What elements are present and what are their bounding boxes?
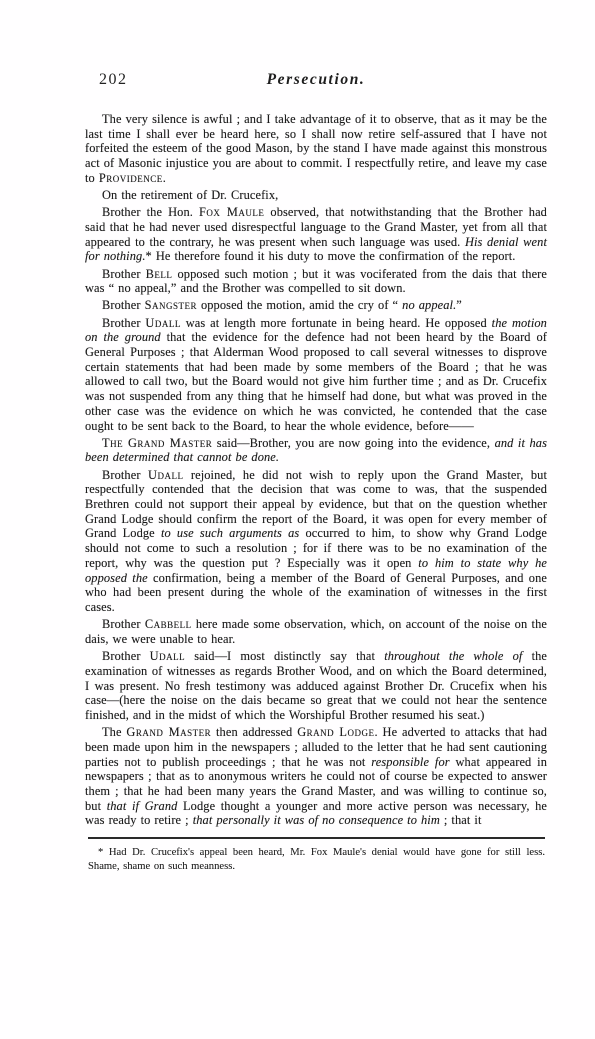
footnote-text: * Had Dr. Crucefix's appeal been heard, … [88,846,545,873]
text-run-italic: no appeal. [402,298,456,312]
text-run-smallcaps: Udall [145,316,180,330]
text-run: that the evidence for the defence had no… [85,330,547,432]
text-run: Brother [102,298,145,312]
text-run-smallcaps: Grand Lodge [297,725,374,739]
paragraph: Brother the Hon. Fox Maule observed, tha… [85,205,547,264]
text-run: opposed the motion, amid the cry of “ [197,298,402,312]
paragraph: Brother Sangster opposed the motion, ami… [85,298,547,313]
page-body: The very silence is awful ; and I take a… [85,112,547,828]
paragraph: Brother Cabbell here made some observati… [85,617,547,646]
text-run: said—Brother, you are now going into the… [212,436,494,450]
text-run-smallcaps: Grand Master [126,725,211,739]
running-title: Persecution. [85,71,547,89]
paragraph: Brother Udall rejoined, he did not wish … [85,468,547,615]
text-run-smallcaps: Cabbell [145,617,192,631]
text-run: Brother [102,316,145,330]
text-run: Brother [102,649,150,663]
text-run: Brother [102,267,146,281]
text-run-smallcaps: Fox Maule [199,205,264,219]
paragraph: The Grand Master then addressed Grand Lo… [85,725,547,828]
text-run-italic: to use such arguments as [161,526,299,540]
paragraph: Brother Udall was at length more fortuna… [85,316,547,434]
footnote-divider [88,837,545,839]
text-run: Brother [102,617,145,631]
text-run: * Had Dr. Crucefix's appeal been heard, … [88,847,545,872]
text-run: The [102,725,126,739]
text-run: Brother [102,468,148,482]
text-run: * He therefore found it his duty to move… [146,249,516,263]
text-run-smallcaps: Bell [146,267,173,281]
text-run-smallcaps: Sangster [145,298,197,312]
text-run-smallcaps: Providence [99,171,163,185]
paragraph: Brother Bell opposed such motion ; but i… [85,267,547,296]
paragraph: The very silence is awful ; and I take a… [85,112,547,186]
text-run: was at length more fortunate in being he… [181,316,492,330]
text-run-smallcaps: Udall [148,468,183,482]
paragraph: On the retirement of Dr. Crucefix, [85,188,547,203]
paragraph: The Grand Master said—Brother, you are n… [85,436,547,465]
text-run: On the retirement of Dr. Crucefix, [102,188,278,202]
text-run: . [163,171,166,185]
footnote: * Had Dr. Crucefix's appeal been heard, … [88,846,545,873]
text-run: said—I most distinctly say that [185,649,384,663]
text-run-italic: that personally it was of no consequence… [193,813,440,827]
paragraph: Brother Udall said—I most distinctly say… [85,649,547,723]
text-run: confirmation, being a member of the Boar… [85,571,547,614]
text-run: ; that it [440,813,482,827]
text-run-smallcaps: The Grand Master [102,436,212,450]
text-run-italic: that if Grand [107,799,178,813]
text-run: then addressed [211,725,297,739]
text-run-smallcaps: Udall [150,649,185,663]
scanned-book-page: 202 Persecution. The very silence is awf… [0,0,595,1039]
text-run-italic: throughout the whole of [384,649,522,663]
text-run: Brother the Hon. [102,205,199,219]
page-header: 202 Persecution. [0,0,595,103]
text-run: ” [456,298,462,312]
text-run-italic: responsible for [371,755,449,769]
